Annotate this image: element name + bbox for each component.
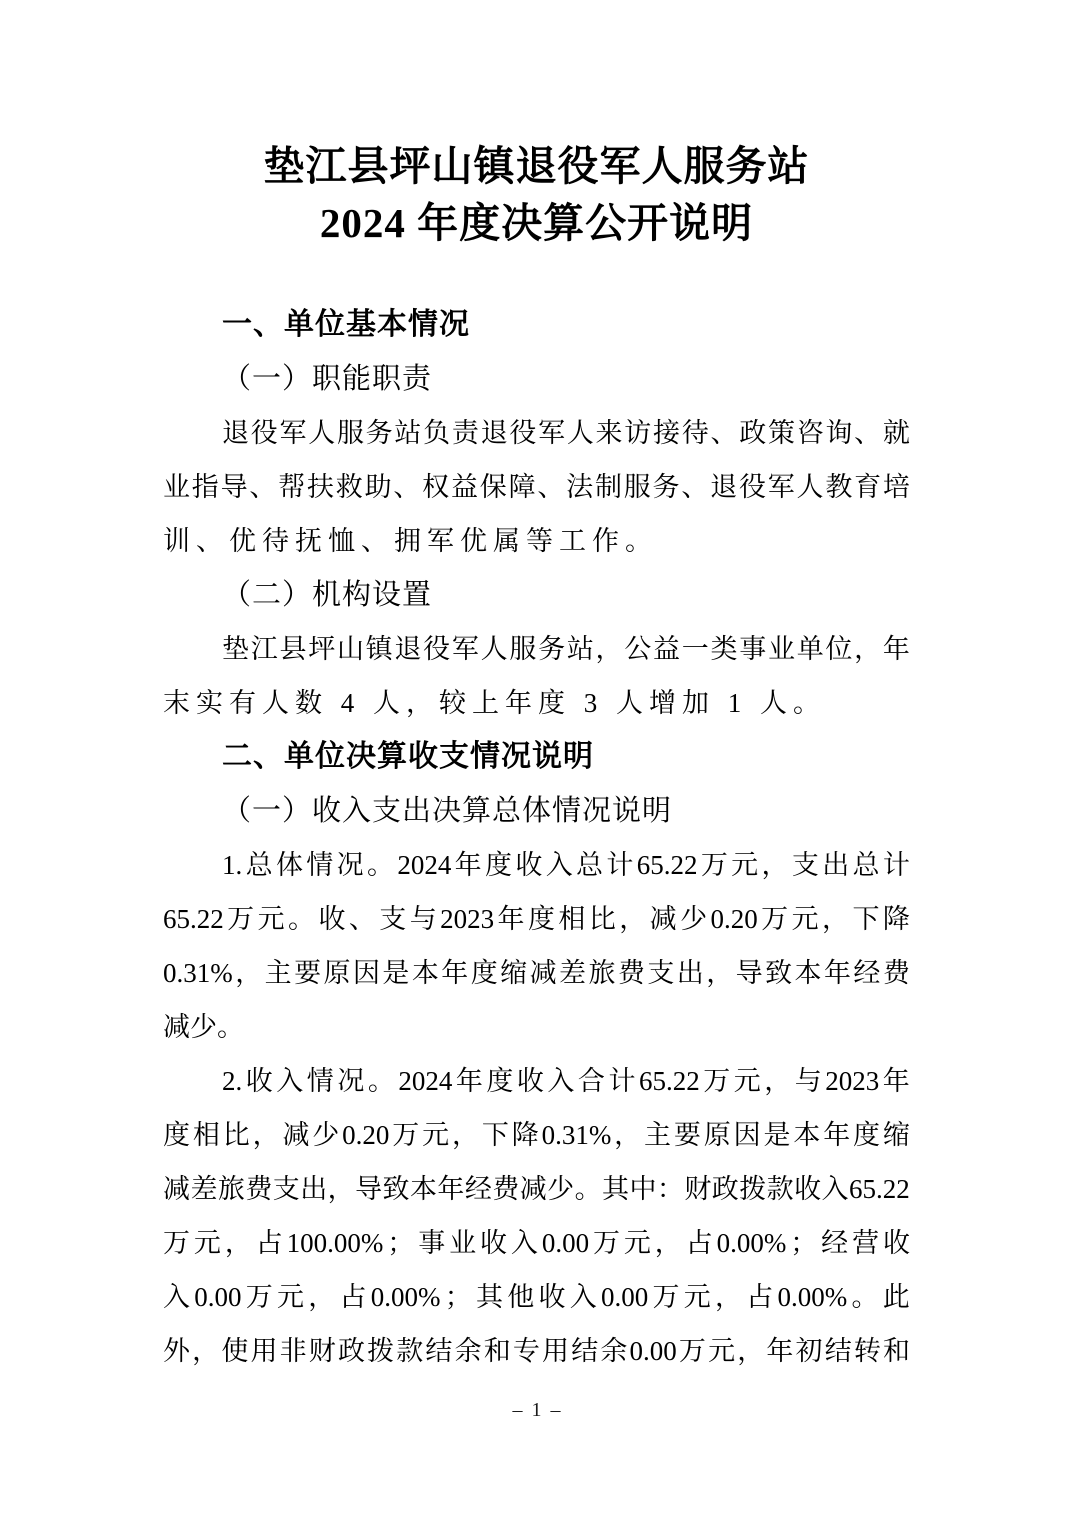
body-text-line: 末实有人数 4 人，较上年度 3 人增加 1 人。 [163, 676, 910, 730]
document-title-line-1: 垫江县坪山镇退役军人服务站 [163, 138, 910, 195]
body-text-line: 入0.00万元，占0.00%；其他收入0.00万元，占0.00%。此 [163, 1270, 910, 1324]
document-title-line-2: 2024 年度决算公开说明 [163, 195, 910, 252]
body-text-line: 减少。 [163, 1000, 910, 1054]
section-heading: 二、单位决算收支情况说明 [163, 730, 910, 784]
body-text-line: 万元，占100.00%；事业收入0.00万元，占0.00%；经营收 [163, 1216, 910, 1270]
body-text-line: 业指导、帮扶救助、权益保障、法制服务、退役军人教育培 [163, 460, 910, 514]
body-text-line: 1.总体情况。2024年度收入总计65.22万元，支出总计 [163, 838, 910, 892]
document-page: 垫江县坪山镇退役军人服务站 2024 年度决算公开说明 一、单位基本情况（一）职… [0, 0, 1075, 1520]
body-text-line: 0.31%，主要原因是本年度缩减差旅费支出，导致本年经费 [163, 946, 910, 1000]
body-text-line: 减差旅费支出，导致本年经费减少。其中：财政拨款收入65.22 [163, 1162, 910, 1216]
body-text-line: 退役军人服务站负责退役军人来访接待、政策咨询、就 [163, 406, 910, 460]
document-body: 一、单位基本情况（一）职能职责退役军人服务站负责退役军人来访接待、政策咨询、就业… [163, 298, 910, 1378]
body-text-line: 2.收入情况。2024年度收入合计65.22万元，与2023年 [163, 1054, 910, 1108]
subsection-heading: （一）职能职责 [163, 352, 910, 406]
section-heading: 一、单位基本情况 [163, 298, 910, 352]
body-text-line: 训、优待抚恤、拥军优属等工作。 [163, 514, 910, 568]
body-text-line: 外，使用非财政拨款结余和专用结余0.00万元，年初结转和 [163, 1324, 910, 1378]
body-text-line: 度相比，减少0.20万元，下降0.31%，主要原因是本年度缩 [163, 1108, 910, 1162]
body-text-line: 垫江县坪山镇退役军人服务站，公益一类事业单位，年 [163, 622, 910, 676]
document-content: 垫江县坪山镇退役军人服务站 2024 年度决算公开说明 一、单位基本情况（一）职… [0, 0, 1075, 1378]
page-number: – 1 – [0, 1396, 1075, 1424]
subsection-heading: （二）机构设置 [163, 568, 910, 622]
document-title: 垫江县坪山镇退役军人服务站 2024 年度决算公开说明 [163, 0, 910, 252]
subsection-heading: （一）收入支出决算总体情况说明 [163, 784, 910, 838]
body-text-line: 65.22万元。收、支与2023年度相比，减少0.20万元，下降 [163, 892, 910, 946]
